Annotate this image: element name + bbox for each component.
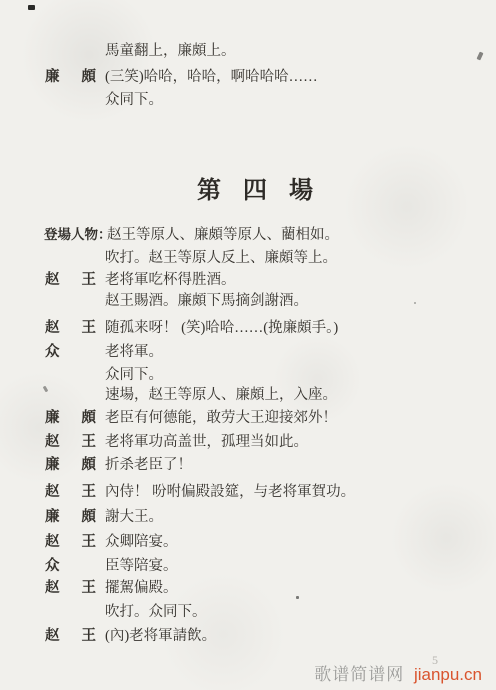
stage-text: 赵王賜酒。廉頗下馬摘剑謝酒。 xyxy=(105,292,308,310)
speaker-name: 廉頗 xyxy=(45,508,96,526)
watermark-site-name: 歌谱简谱网 xyxy=(314,665,404,684)
watermark: 歌谱简谱网 jianpu.cn xyxy=(314,660,482,685)
script-line: 赵王 內侍！ 吩咐偏殿設筵，与老将軍賀功。 xyxy=(0,483,496,503)
stage-direction: 吹打。赵王等原人反上、廉頗等上。 xyxy=(0,249,496,269)
act-title: 第四場 xyxy=(197,170,335,205)
cast-names: 赵王等原人、廉頗等原人、藺相如。 xyxy=(107,226,339,244)
script-line: 赵王 老将軍功高盖世，孤理当如此。 xyxy=(0,433,496,453)
stage-direction: 速場，赵王等原人、廉頗上，入座。 xyxy=(0,386,496,406)
dialogue-text: 老将軍功高盖世，孤理当如此。 xyxy=(105,433,308,451)
scanned-script-page: 馬童翻上，廉頗上。 廉頗 (三笑)哈哈，哈哈，啊哈哈哈…… 众同下。 第四場 登… xyxy=(0,0,496,690)
dialogue-text: 臣等陪宴。 xyxy=(105,557,178,575)
stage-direction: 吹打。众同下。 xyxy=(0,603,496,623)
speaker-name: 赵王 xyxy=(45,533,96,551)
dialogue-text: 随孤来呀！ (笑)哈哈……(挽廉頗手。) xyxy=(105,319,338,337)
stage-text: 速場，赵王等原人、廉頗上，入座。 xyxy=(105,386,337,404)
stage-text: 众同下。 xyxy=(105,91,163,109)
stage-direction: 赵王賜酒。廉頗下馬摘剑謝酒。 xyxy=(0,292,496,312)
dialogue-text: 謝大王。 xyxy=(105,508,163,526)
speaker-name: 廉頗 xyxy=(45,409,96,427)
speaker-name: 赵王 xyxy=(45,483,96,501)
ink-speck xyxy=(28,5,35,10)
script-line: 赵王 众卿陪宴。 xyxy=(0,533,496,553)
script-line: 众 臣等陪宴。 xyxy=(0,557,496,577)
stage-text: 吹打。众同下。 xyxy=(105,603,207,621)
speaker-name: 廉頗 xyxy=(45,68,96,86)
script-line: 廉頗 折杀老臣了！ xyxy=(0,456,496,476)
script-line: 赵王 (內)老将軍請飲。 xyxy=(0,627,496,647)
script-line: 赵王 随孤来呀！ (笑)哈哈……(挽廉頗手。) xyxy=(0,319,496,339)
speaker-name: 众 xyxy=(45,343,96,361)
watermark-site-url: jianpu.cn xyxy=(414,665,482,684)
script-line: 廉頗 老臣有何德能，敢劳大王迎接郊外！ xyxy=(0,409,496,429)
speaker-name: 赵王 xyxy=(45,271,96,289)
cast-label: 登場人物： xyxy=(44,226,112,244)
dialogue-text: 众卿陪宴。 xyxy=(105,533,178,551)
speaker-name: 众 xyxy=(45,557,96,575)
speaker-name: 赵王 xyxy=(45,433,96,451)
stage-text: 众同下。 xyxy=(105,366,163,384)
dialogue-text: 老臣有何德能，敢劳大王迎接郊外！ xyxy=(105,409,337,427)
dialogue-text: (三笑)哈哈，哈哈，啊哈哈哈…… xyxy=(105,68,318,86)
script-line: 廉頗 (三笑)哈哈，哈哈，啊哈哈哈…… xyxy=(0,68,496,88)
dialogue-text: 內侍！ 吩咐偏殿設筵，与老将軍賀功。 xyxy=(105,483,355,501)
speaker-name: 赵王 xyxy=(45,579,96,597)
dialogue-text: (內)老将軍請飲。 xyxy=(105,627,216,645)
dialogue-text: 老将軍吃杯得胜酒。 xyxy=(105,271,236,289)
dialogue-text: 老将軍。 xyxy=(105,343,163,361)
dialogue-text: 擺駕偏殿。 xyxy=(105,579,178,597)
stage-text: 吹打。赵王等原人反上、廉頗等上。 xyxy=(105,249,337,267)
script-line: 赵王 擺駕偏殿。 xyxy=(0,579,496,599)
script-line: 赵王 老将軍吃杯得胜酒。 xyxy=(0,271,496,291)
stage-direction: 馬童翻上，廉頗上。 xyxy=(0,42,496,62)
stage-direction: 众同下。 xyxy=(0,91,496,111)
script-line: 廉頗 謝大王。 xyxy=(0,508,496,528)
speaker-name: 赵王 xyxy=(45,319,96,337)
stage-direction: 众同下。 xyxy=(0,366,496,386)
cast-line: 登場人物： 赵王等原人、廉頗等原人、藺相如。 xyxy=(0,226,496,246)
speaker-name: 赵王 xyxy=(45,627,96,645)
script-line: 众 老将軍。 xyxy=(0,343,496,363)
stage-text: 馬童翻上，廉頗上。 xyxy=(105,42,236,60)
speaker-name: 廉頗 xyxy=(45,456,96,474)
dialogue-text: 折杀老臣了！ xyxy=(105,456,192,474)
